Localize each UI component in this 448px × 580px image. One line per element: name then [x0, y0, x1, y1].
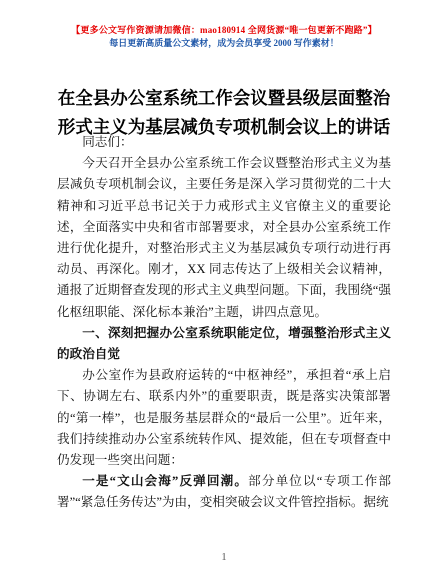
- paragraph: 同志们：: [57, 132, 391, 153]
- page-number: 1: [0, 552, 448, 563]
- bold-run: 一、深刻把握办公室系统职能定位，增强整治形式主义的政治自觉: [57, 326, 391, 361]
- document-page: 【更多公文写作资源请加微信：mao180914 全网货源“唯一包更新不跑路”】 …: [0, 0, 448, 580]
- text-run: 办公室作为县政府运转的“中枢神经”，承担着“承上启下、协调左右、联系内外”的重要…: [57, 368, 391, 467]
- paragraph: 一是“文山会海”反弹回潮。部分单位以“专项工作部署”“紧急任务传达”为由，变相突…: [57, 471, 391, 513]
- promo-line-red: 【更多公文写作资源请加微信：mao180914 全网货源“唯一包更新不跑路”】: [0, 24, 448, 37]
- bold-run: 一是“文山会海”反弹回潮。: [82, 474, 248, 488]
- text-run: 今天召开全县办公室系统工作会议暨整治形式主义为基层减负专项机制会议，主要任务是深…: [57, 156, 391, 318]
- text-run: 同志们：: [82, 135, 132, 149]
- paragraph: 今天召开全县办公室系统工作会议暨整治形式主义为基层减负专项机制会议，主要任务是深…: [57, 153, 391, 323]
- paragraph: 办公室作为县政府运转的“中枢神经”，承担着“承上启下、协调左右、联系内外”的重要…: [57, 365, 391, 471]
- promo-header: 【更多公文写作资源请加微信：mao180914 全网货源“唯一包更新不跑路”】 …: [0, 24, 448, 50]
- document-body: 同志们：今天召开全县办公室系统工作会议暨整治形式主义为基层减负专项机制会议，主要…: [57, 132, 391, 527]
- promo-line-blue: 每日更新高质量公文素材，成为会员享受 2000 写作素材！: [0, 37, 448, 50]
- section-heading: 一、深刻把握办公室系统职能定位，增强整治形式主义的政治自觉: [57, 323, 391, 365]
